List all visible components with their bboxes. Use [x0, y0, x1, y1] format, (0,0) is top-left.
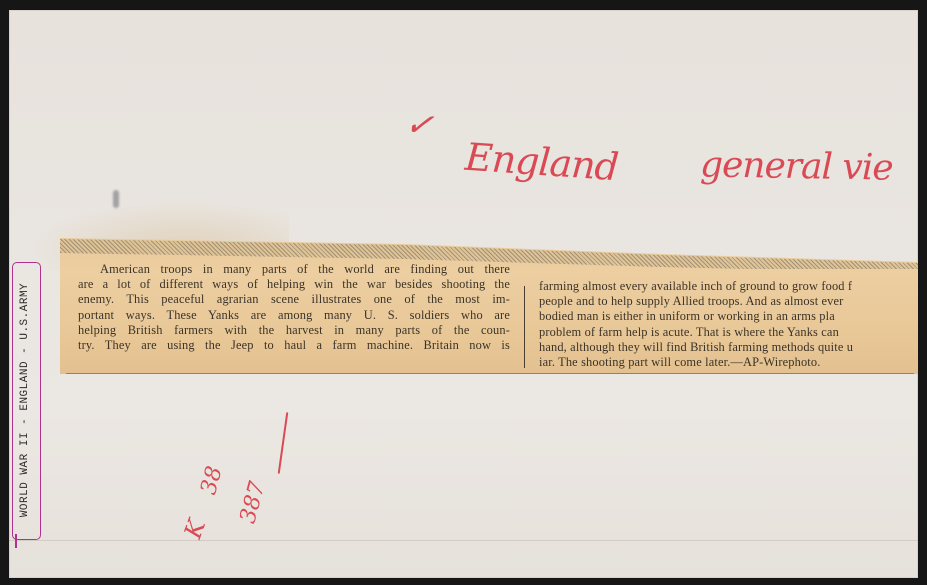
handwritten-checkmark: ✓ [402, 103, 436, 147]
clipping-left-column: American troops in many parts of the wor… [78, 262, 510, 353]
caption-line: try. They are using the Jeep to haul a f… [78, 338, 510, 353]
stamp-tick-mark [15, 534, 17, 548]
caption-line: are a lot of different ways of helping w… [78, 277, 510, 292]
caption-line: people and to help supply Allied troops.… [539, 294, 927, 309]
ink-smudge [113, 190, 119, 208]
handwritten-caption-general-view: general vie [700, 144, 893, 188]
caption-line: bodied man is either in uniform or worki… [539, 309, 927, 324]
archive-stamp-text: WORLD WAR II - ENGLAND - U.S.ARMY [19, 283, 31, 517]
column-divider [524, 286, 525, 368]
caption-line: farming almost every available inch of g… [539, 279, 927, 294]
paper-crease [9, 540, 918, 541]
scan-border-right [918, 0, 927, 585]
caption-line: hand, although they will find British fa… [539, 340, 927, 355]
clipping-right-column: farming almost every available inch of g… [539, 279, 927, 370]
clipping-bottom-rule [66, 373, 914, 374]
caption-line: portant ways. These Yanks are among many… [78, 308, 510, 323]
caption-line: problem of farm help is acute. That is w… [539, 325, 927, 340]
caption-line: enemy. This peaceful agrarian scene illu… [78, 292, 510, 307]
caption-line: American troops in many parts of the wor… [78, 262, 510, 277]
caption-line: iar. The shooting part will come later.—… [539, 355, 927, 370]
caption-line: helping British farmers with the harvest… [78, 323, 510, 338]
